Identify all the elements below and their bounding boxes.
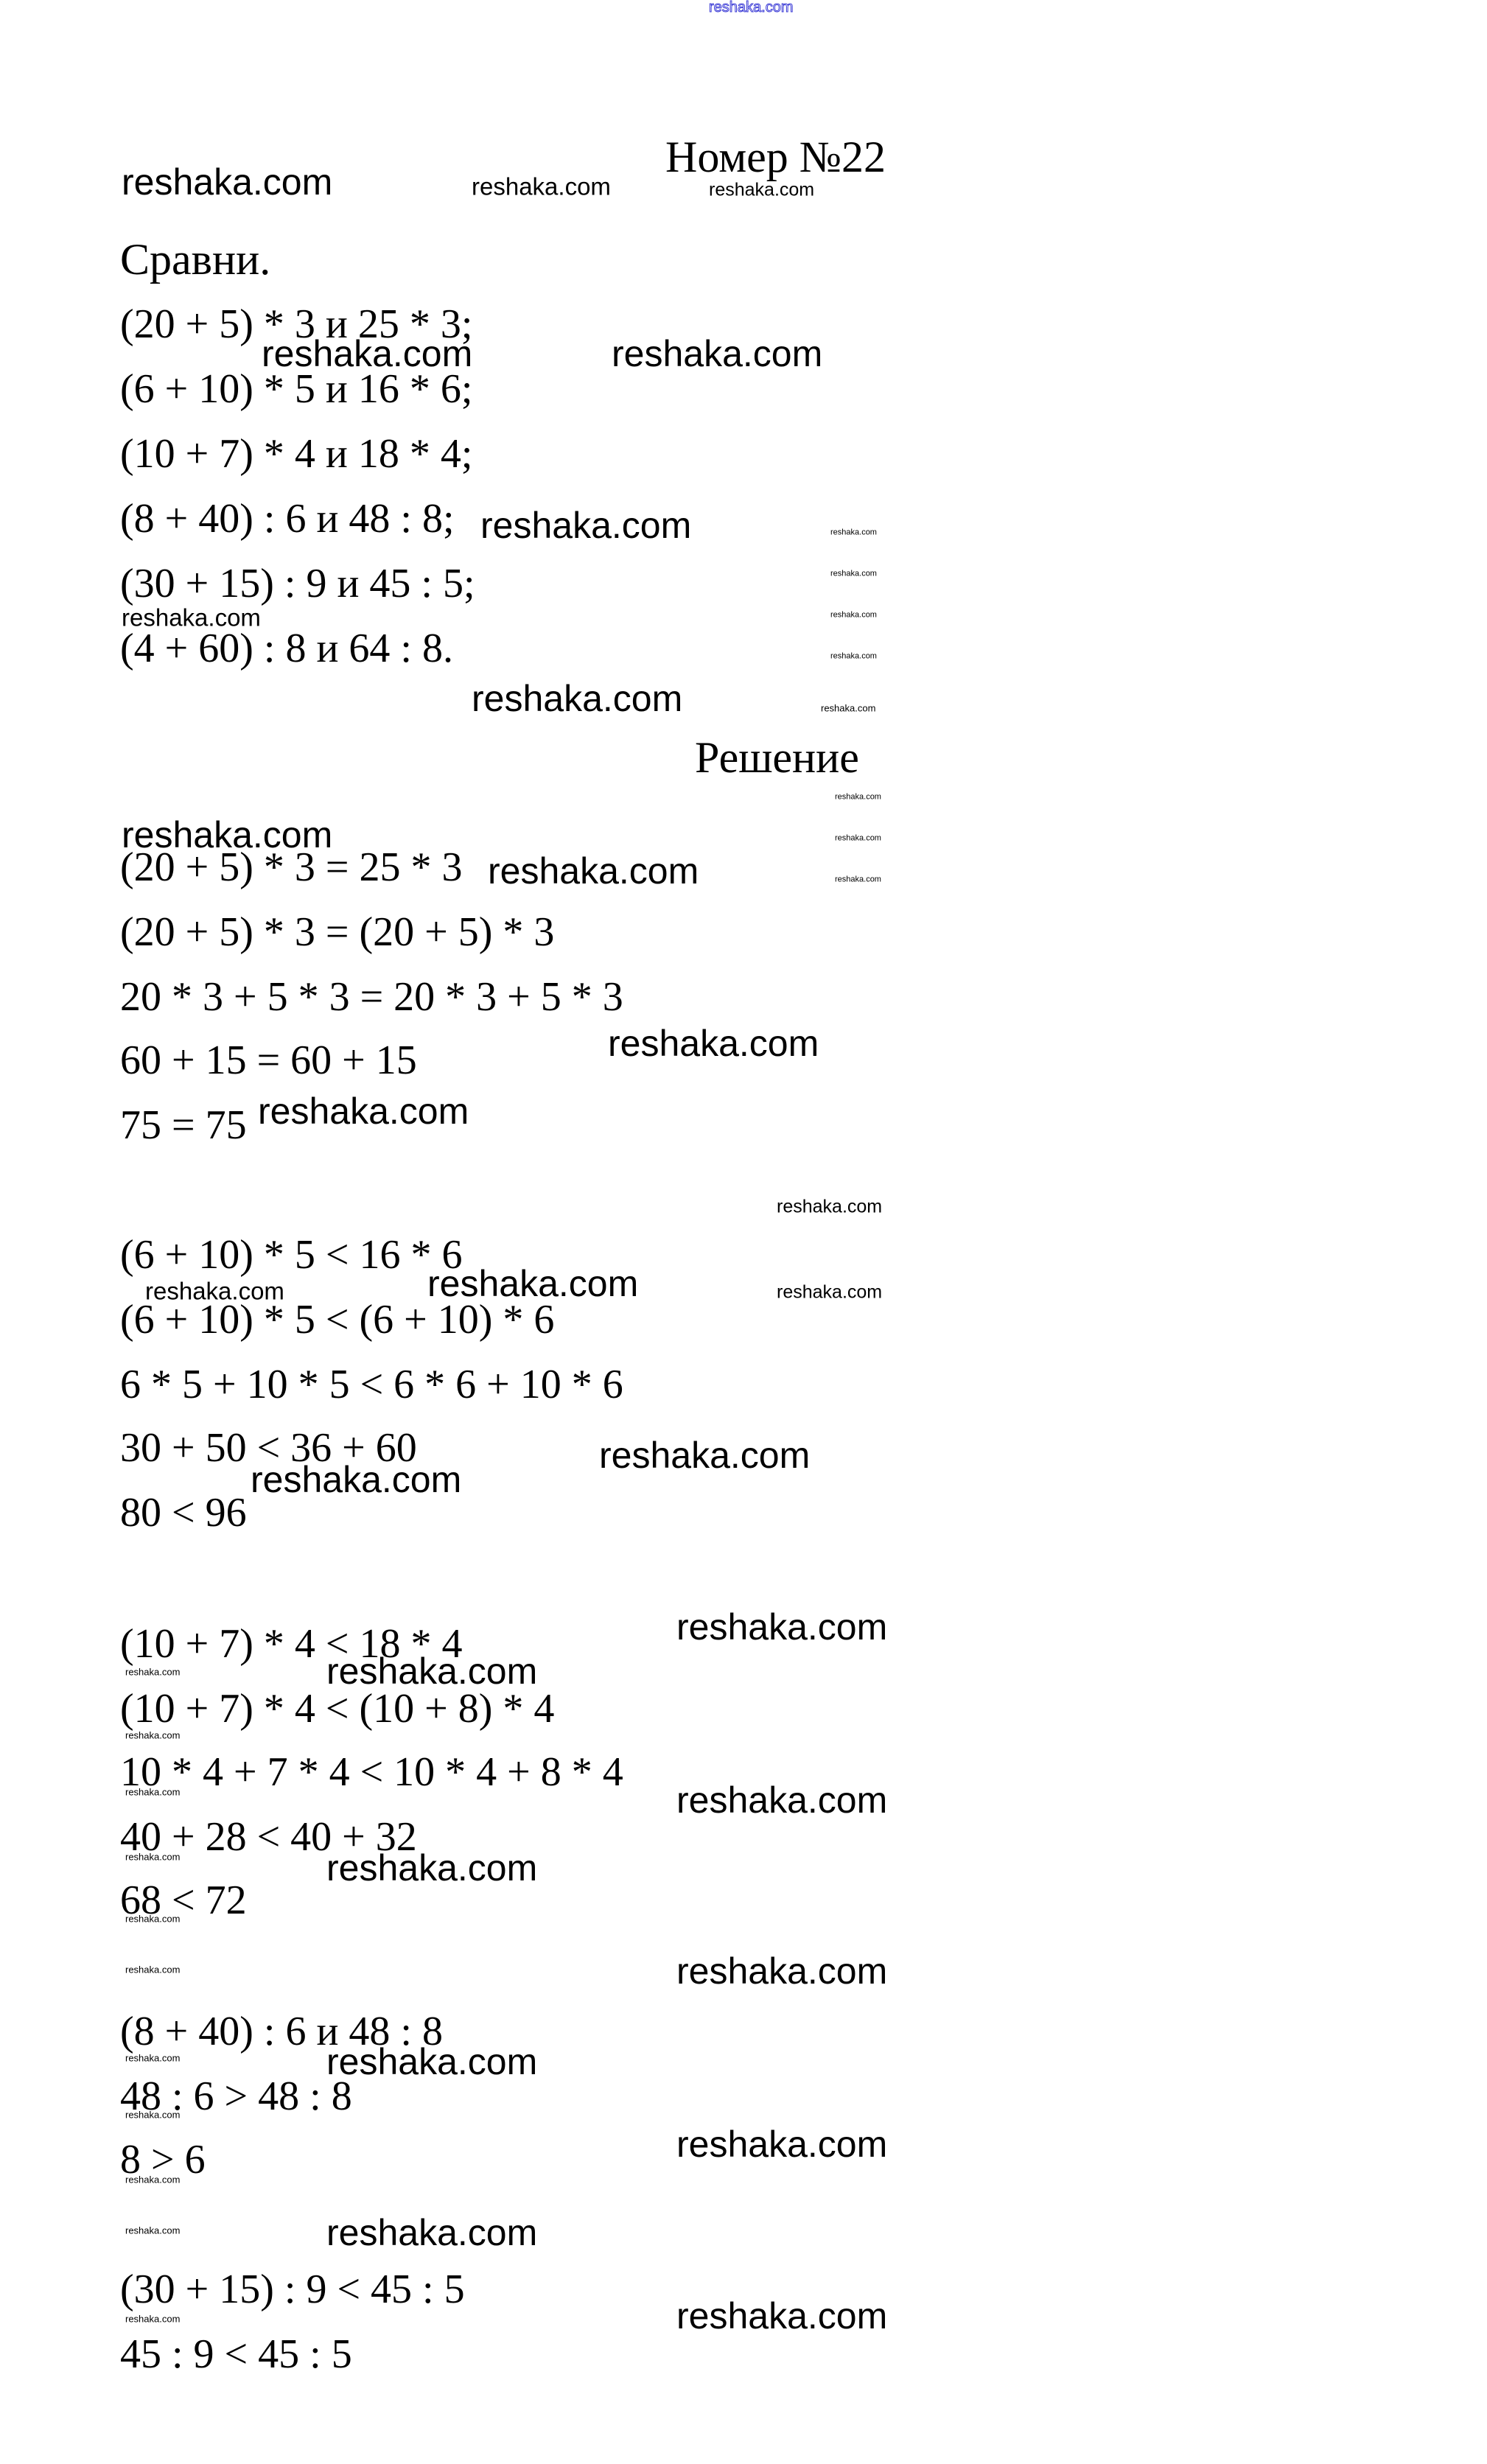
solution-line: 20 * 3 + 5 * 3 = 20 * 3 + 5 * 3 xyxy=(120,976,623,1018)
watermark: reshaka.com xyxy=(326,2043,537,2080)
watermark: reshaka.com xyxy=(122,606,261,630)
task-item: (4 + 60) : 8 и 64 : 8. xyxy=(120,628,453,669)
watermark: reshaka.com xyxy=(830,570,877,578)
watermark: reshaka.com xyxy=(676,1609,887,1645)
watermark: reshaka.com xyxy=(835,835,881,843)
watermark: reshaka.com xyxy=(830,653,877,661)
solution-line: 45 : 9 < 45 : 5 xyxy=(120,2334,352,2375)
watermark: reshaka.com xyxy=(777,1198,882,1217)
watermark: reshaka.com xyxy=(125,1667,180,1677)
watermark: reshaka.com xyxy=(599,1437,810,1474)
watermark: reshaka.com xyxy=(676,2126,887,2163)
watermark: reshaka.com xyxy=(480,507,691,544)
solution-line: 6 * 5 + 10 * 5 < 6 * 6 + 10 * 6 xyxy=(120,1364,623,1405)
solution-line: (6 + 10) * 5 < (6 + 10) * 6 xyxy=(120,1299,554,1340)
watermark: reshaka.com xyxy=(125,2054,180,2063)
watermark: reshaka.com xyxy=(326,2214,537,2251)
watermark: reshaka.com xyxy=(125,1965,180,1975)
watermark: reshaka.com xyxy=(488,853,699,889)
watermark: reshaka.com xyxy=(262,335,472,372)
solution-line: (30 + 15) : 9 < 45 : 5 xyxy=(120,2269,465,2310)
watermark: reshaka.com xyxy=(676,1953,887,1989)
task-item: (30 + 15) : 9 и 45 : 5; xyxy=(120,563,475,604)
watermark: reshaka.com xyxy=(835,876,881,884)
solution-line: (6 + 10) * 5 < 16 * 6 xyxy=(120,1234,462,1275)
watermark: reshaka.com xyxy=(676,1782,887,1819)
page-title: Номер №22 xyxy=(665,135,886,179)
watermark: reshaka.com xyxy=(326,1849,537,1886)
watermark: reshaka.com xyxy=(608,1025,819,1062)
watermark: reshaka.com xyxy=(830,529,877,537)
homework-page: reshaka.com Номер №22 Сравни. (20 + 5) *… xyxy=(0,0,1487,2464)
watermark: reshaka.com xyxy=(125,1852,180,1862)
top-watermark: reshaka.com xyxy=(709,0,794,15)
watermark: reshaka.com xyxy=(472,680,682,717)
watermark: reshaka.com xyxy=(777,1284,882,1302)
task-prompt: Сравни. xyxy=(120,237,270,281)
watermark: reshaka.com xyxy=(125,1788,180,1797)
watermark: reshaka.com xyxy=(821,704,875,713)
watermark: reshaka.com xyxy=(125,2110,180,2120)
watermark: reshaka.com xyxy=(427,1265,638,1302)
watermark: reshaka.com xyxy=(122,816,332,853)
solution-line: 10 * 4 + 7 * 4 < 10 * 4 + 8 * 4 xyxy=(120,1751,623,1793)
watermark: reshaka.com xyxy=(122,164,332,200)
watermark: reshaka.com xyxy=(258,1093,469,1130)
solution-title: Решение xyxy=(695,735,859,780)
solution-line: 75 = 75 xyxy=(120,1105,247,1146)
watermark: reshaka.com xyxy=(676,2297,887,2334)
task-item: (10 + 7) * 4 и 18 * 4; xyxy=(120,433,472,475)
solution-line: (20 + 5) * 3 = (20 + 5) * 3 xyxy=(120,911,554,953)
task-item: (6 + 10) * 5 и 16 * 6; xyxy=(120,368,472,410)
watermark: reshaka.com xyxy=(125,2175,180,2185)
watermark: reshaka.com xyxy=(326,1653,537,1690)
watermark: reshaka.com xyxy=(125,1914,180,1924)
watermark: reshaka.com xyxy=(125,2226,180,2236)
watermark: reshaka.com xyxy=(251,1461,461,1498)
watermark: reshaka.com xyxy=(709,181,814,200)
solution-line: 60 + 15 = 60 + 15 xyxy=(120,1040,417,1081)
watermark: reshaka.com xyxy=(125,1731,180,1740)
task-item: (8 + 40) : 6 и 48 : 8; xyxy=(120,498,455,539)
watermark: reshaka.com xyxy=(612,335,822,372)
watermark: reshaka.com xyxy=(835,794,881,802)
watermark: reshaka.com xyxy=(472,175,611,199)
watermark: reshaka.com xyxy=(145,1279,284,1303)
solution-line: (10 + 7) * 4 < (10 + 8) * 4 xyxy=(120,1688,554,1729)
watermark: reshaka.com xyxy=(830,612,877,620)
solution-line: 80 < 96 xyxy=(120,1492,247,1533)
watermark: reshaka.com xyxy=(125,2314,180,2324)
